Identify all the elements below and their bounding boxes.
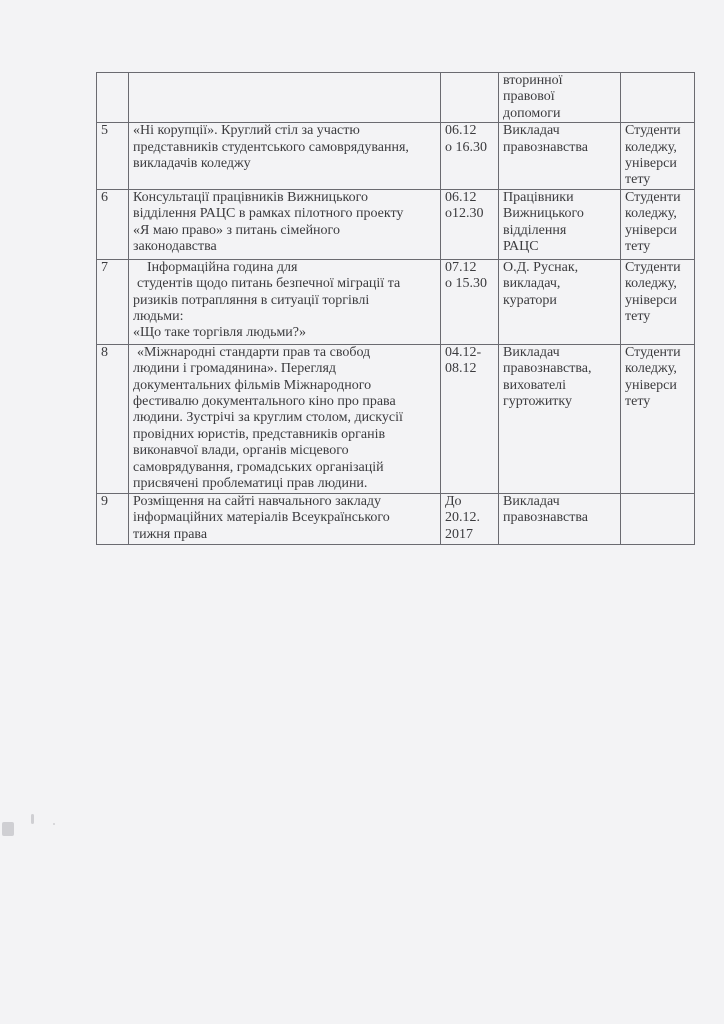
cell-line: о 15.30 xyxy=(445,276,494,292)
cell-event xyxy=(129,73,441,123)
cell-line: інформаційних матеріалів Всеукраїнського xyxy=(133,510,436,526)
cell-responsible: Викладачправознавства,вихователігуртожит… xyxy=(499,344,621,493)
cell-line: універси xyxy=(625,378,690,394)
cell-line: ризиків потрапляння в ситуації торгівлі xyxy=(133,293,436,309)
cell-responsible: Викладачправознавства xyxy=(499,493,621,544)
table-row: 7 Інформаційна година длястудентів щодо … xyxy=(97,259,695,344)
cell-date xyxy=(441,73,499,123)
cell-line: правової xyxy=(503,89,616,105)
scan-speck xyxy=(31,814,34,824)
cell-line: «Я маю право» з питань сімейного xyxy=(133,223,436,239)
cell-num xyxy=(97,73,129,123)
cell-audience xyxy=(621,73,695,123)
cell-num: 7 xyxy=(97,259,129,344)
cell-event: «Ні корупції». Круглий стіл за участюпре… xyxy=(129,123,441,190)
cell-line: РАЦС xyxy=(503,239,616,255)
cell-line: самоврядування, громадських організацій xyxy=(133,460,436,476)
table-row: 9 Розміщення на сайті навчального заклад… xyxy=(97,493,695,544)
cell-date: 07.12о 15.30 xyxy=(441,259,499,344)
cell-line: виконавчої влади, органів місцевого xyxy=(133,443,436,459)
cell-line: Консультації працівників Вижницького xyxy=(133,190,436,206)
cell-line: фестивалю документального кіно про права xyxy=(133,394,436,410)
cell-line: універси xyxy=(625,223,690,239)
cell-audience: Студентиколеджу,університету xyxy=(621,344,695,493)
cell-line: представників студентського самоврядуван… xyxy=(133,140,436,156)
cell-line: 20.12. xyxy=(445,510,494,526)
cell-line: законодавства xyxy=(133,239,436,255)
cell-event: Консультації працівників Вижницькоговідд… xyxy=(129,189,441,259)
cell-line: тету xyxy=(625,172,690,188)
cell-audience: Студентиколеджу,університету xyxy=(621,189,695,259)
cell-line: допомоги xyxy=(503,106,616,122)
cell-line: «Що таке торгівля людьми?» xyxy=(133,325,436,341)
cell-line: студентів щодо питань безпечної міграції… xyxy=(133,276,436,292)
cell-num: 5 xyxy=(97,123,129,190)
cell-line: Інформаційна година для xyxy=(133,260,436,276)
cell-line: «Ні корупції». Круглий стіл за участю xyxy=(133,123,436,139)
scan-speck xyxy=(2,822,14,836)
document-page: вторинноїправовоїдопомоги 5 «Ні корупції… xyxy=(0,0,724,1024)
cell-line: універси xyxy=(625,293,690,309)
cell-audience: Студентиколеджу,університету xyxy=(621,123,695,190)
cell-line: Студенти xyxy=(625,123,690,139)
cell-line: Викладач xyxy=(503,494,616,510)
cell-audience xyxy=(621,493,695,544)
cell-line: людини. Зустрічі за круглим столом, диск… xyxy=(133,410,436,426)
cell-line: 06.12 xyxy=(445,190,494,206)
cell-line: присвячені проблематиці прав людини. xyxy=(133,476,436,492)
table-row: 6 Консультації працівників Вижницькогові… xyxy=(97,189,695,259)
cell-responsible: О.Д. Руснак,викладач,куратори xyxy=(499,259,621,344)
cell-date: До20.12.2017 xyxy=(441,493,499,544)
cell-responsible: ПрацівникиВижницькоговідділенняРАЦС xyxy=(499,189,621,259)
cell-line: куратори xyxy=(503,293,616,309)
cell-line: коледжу, xyxy=(625,361,690,377)
cell-line: тету xyxy=(625,309,690,325)
cell-line: о 16.30 xyxy=(445,140,494,156)
cell-line: Працівники xyxy=(503,190,616,206)
cell-line: «Міжнародні стандарти прав та свобод xyxy=(133,345,436,361)
cell-num: 9 xyxy=(97,493,129,544)
cell-line: Студенти xyxy=(625,260,690,276)
cell-line: універси xyxy=(625,156,690,172)
cell-line: Студенти xyxy=(625,190,690,206)
cell-line: 2017 xyxy=(445,527,494,543)
cell-line: Вижницького xyxy=(503,206,616,222)
cell-event: Інформаційна година длястудентів щодо пи… xyxy=(129,259,441,344)
cell-line: гуртожитку xyxy=(503,394,616,410)
cell-line: викладач, xyxy=(503,276,616,292)
cell-line: тету xyxy=(625,394,690,410)
cell-line: правознавства, xyxy=(503,361,616,377)
table-row: 8 «Міжнародні стандарти прав та свободлю… xyxy=(97,344,695,493)
cell-line: коледжу, xyxy=(625,276,690,292)
cell-line: 06.12 xyxy=(445,123,494,139)
cell-line: правознавства xyxy=(503,140,616,156)
cell-date: 06.12о 16.30 xyxy=(441,123,499,190)
cell-event: «Міжнародні стандарти прав та свободлюди… xyxy=(129,344,441,493)
cell-num: 6 xyxy=(97,189,129,259)
cell-line: коледжу, xyxy=(625,140,690,156)
cell-line: 04.12- xyxy=(445,345,494,361)
scan-speck xyxy=(53,823,55,825)
cell-line: О.Д. Руснак, xyxy=(503,260,616,276)
cell-line: тету xyxy=(625,239,690,255)
cell-line: Розміщення на сайті навчального закладу xyxy=(133,494,436,510)
cell-responsible: Викладачправознавства xyxy=(499,123,621,190)
cell-line: правознавства xyxy=(503,510,616,526)
cell-line: о12.30 xyxy=(445,206,494,222)
cell-responsible: вторинноїправовоїдопомоги xyxy=(499,73,621,123)
cell-line: провідних юристів, представників органів xyxy=(133,427,436,443)
cell-line: документальних фільмів Міжнародного xyxy=(133,378,436,394)
table-row-continuation: вторинноїправовоїдопомоги xyxy=(97,73,695,123)
cell-line: тижня права xyxy=(133,527,436,543)
cell-line: 08.12 xyxy=(445,361,494,377)
cell-audience: Студентиколеджу,університету xyxy=(621,259,695,344)
cell-line: людини і громадянина». Перегляд xyxy=(133,361,436,377)
cell-line: відділення РАЦС в рамках пілотного проек… xyxy=(133,206,436,222)
cell-line: вторинної xyxy=(503,73,616,89)
cell-line: людьми: xyxy=(133,309,436,325)
cell-line: До xyxy=(445,494,494,510)
cell-date: 06.12о12.30 xyxy=(441,189,499,259)
cell-date: 04.12-08.12 xyxy=(441,344,499,493)
cell-line: викладачів коледжу xyxy=(133,156,436,172)
cell-line: відділення xyxy=(503,223,616,239)
events-plan-table: вторинноїправовоїдопомоги 5 «Ні корупції… xyxy=(96,72,695,545)
cell-num: 8 xyxy=(97,344,129,493)
cell-line: коледжу, xyxy=(625,206,690,222)
table-row: 5 «Ні корупції». Круглий стіл за участюп… xyxy=(97,123,695,190)
cell-event: Розміщення на сайті навчального закладуі… xyxy=(129,493,441,544)
cell-line: Студенти xyxy=(625,345,690,361)
cell-line: вихователі xyxy=(503,378,616,394)
cell-line: Викладач xyxy=(503,345,616,361)
cell-line: 07.12 xyxy=(445,260,494,276)
cell-line: Викладач xyxy=(503,123,616,139)
